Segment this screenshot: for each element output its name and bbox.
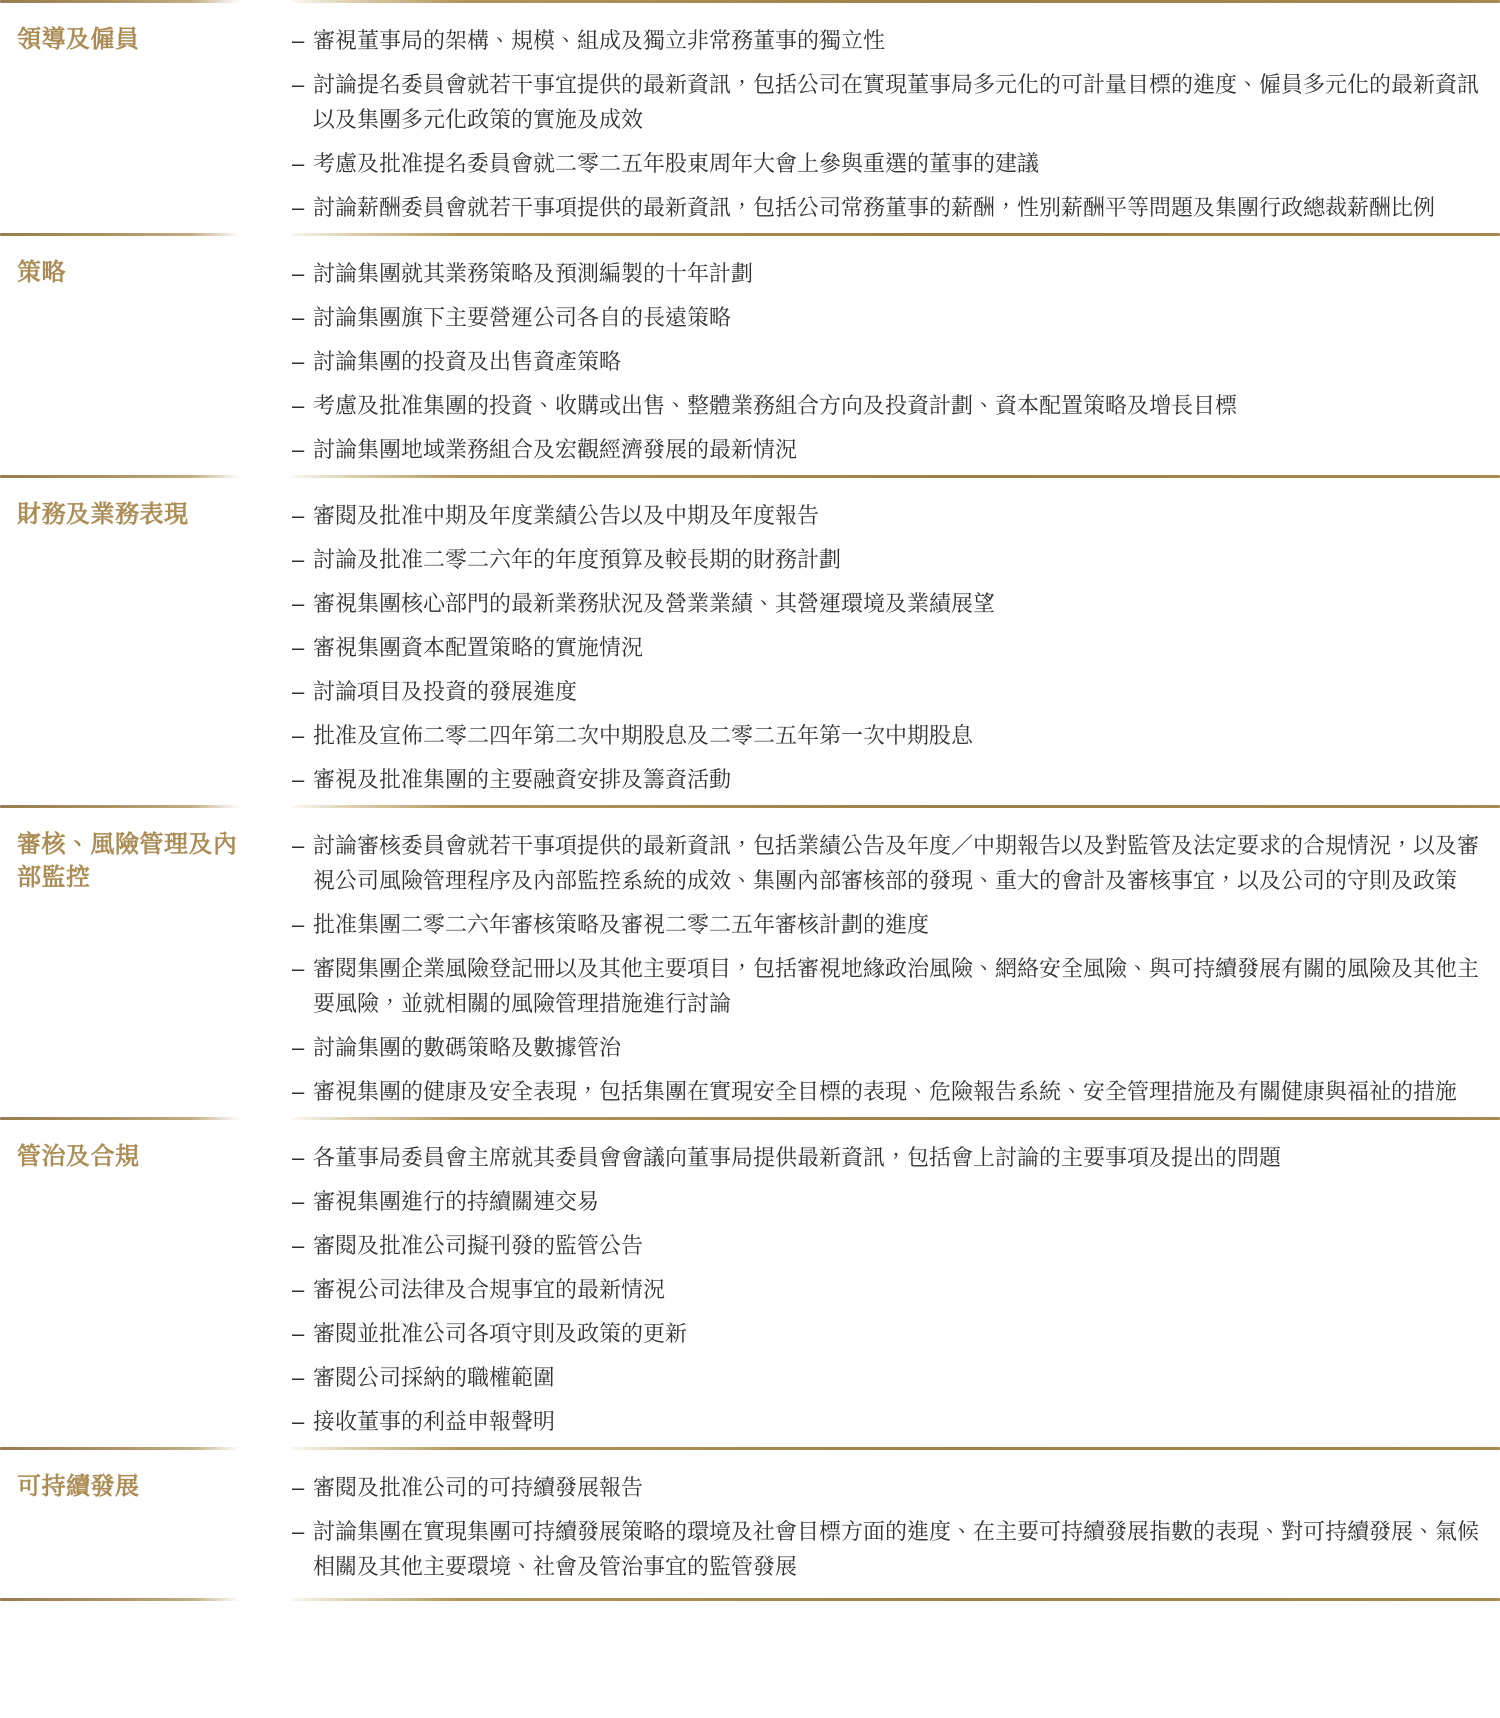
dash-bullet: – [292, 256, 304, 291]
dash-bullet: – [292, 23, 304, 58]
list-item: –討論集團的數碼策略及數據管治 [292, 1030, 1490, 1065]
section-title: 審核、風險管理及內部監控 [0, 808, 240, 894]
list-item: –各董事局委員會主席就其委員會會議向董事局提供最新資訊，包括會上討論的主要事項及… [292, 1140, 1490, 1175]
dash-bullet: – [292, 674, 304, 709]
section-title: 管治及合規 [0, 1120, 240, 1173]
section-items: –審閱及批准中期及年度業績公告以及中期及年度報告–討論及批准二零二六年的年度預算… [292, 478, 1500, 805]
dash-bullet: – [292, 907, 304, 942]
column-gap [240, 0, 292, 233]
list-item: –審視及批准集團的主要融資安排及籌資活動 [292, 762, 1490, 797]
dash-bullet: – [292, 498, 304, 533]
list-item: –批准集團二零二六年審核策略及審視二零二五年審核計劃的進度 [292, 907, 1490, 942]
dash-bullet: – [292, 1074, 304, 1109]
list-item: –討論審核委員會就若干事項提供的最新資訊，包括業績公告及年度／中期報告以及對監管… [292, 828, 1490, 898]
list-item: –審視集團的健康及安全表現，包括集團在實現安全目標的表現、危險報告系統、安全管理… [292, 1074, 1490, 1109]
dash-bullet: – [292, 718, 304, 753]
list-item: –批准及宣佈二零二四年第二次中期股息及二零二五年第一次中期股息 [292, 718, 1490, 753]
item-text: 討論薪酬委員會就若干事項提供的最新資訊，包括公司常務董事的薪酬，性別薪酬平等問題… [313, 195, 1435, 220]
section-header-cell: 策略 [0, 233, 240, 475]
item-text: 討論集團在實現集團可持續發展策略的環境及社會目標方面的進度、在主要可持續發展指數… [313, 1519, 1479, 1579]
item-text: 審視董事局的架構、規模、組成及獨立非常務董事的獨立性 [313, 28, 885, 53]
dash-bullet: – [292, 1316, 304, 1351]
dash-bullet: – [292, 1228, 304, 1263]
section-content-cell: –審閱及批准公司的可持續發展報告–討論集團在實現集團可持續發展策略的環境及社會目… [292, 1447, 1500, 1592]
dash-bullet: – [292, 1030, 304, 1065]
list-item: –審閱公司採納的職權範圍 [292, 1360, 1490, 1395]
section-content-cell: –審視董事局的架構、規模、組成及獨立非常務董事的獨立性–討論提名委員會就若干事宜… [292, 0, 1500, 233]
section-row: 可持續發展 –審閱及批准公司的可持續發展報告–討論集團在實現集團可持續發展策略的… [0, 1447, 1500, 1592]
item-text: 審視集團資本配置策略的實施情況 [313, 635, 643, 660]
column-gap [240, 475, 292, 805]
section-items: –討論審核委員會就若干事項提供的最新資訊，包括業績公告及年度／中期報告以及對監管… [292, 808, 1500, 1117]
item-text: 討論集團旗下主要營運公司各自的長遠策略 [313, 305, 731, 330]
divider-right-segment [292, 1598, 1500, 1601]
section-header-cell: 領導及僱員 [0, 0, 240, 233]
item-text: 批准及宣佈二零二四年第二次中期股息及二零二五年第一次中期股息 [313, 723, 973, 748]
list-item: –討論集團的投資及出售資產策略 [292, 344, 1490, 379]
item-text: 審視集團核心部門的最新業務狀況及營業業績、其營運環境及業績展望 [313, 591, 995, 616]
item-text: 討論集團地域業務組合及宏觀經濟發展的最新情況 [313, 437, 797, 462]
dash-bullet: – [292, 432, 304, 467]
list-item: –審視董事局的架構、規模、組成及獨立非常務董事的獨立性 [292, 23, 1490, 58]
section-row: 財務及業務表現 –審閱及批准中期及年度業績公告以及中期及年度報告–討論及批准二零… [0, 475, 1500, 805]
dash-bullet: – [292, 190, 304, 225]
item-text: 討論集團就其業務策略及預測編製的十年計劃 [313, 261, 753, 286]
section-content-cell: –討論審核委員會就若干事項提供的最新資訊，包括業績公告及年度／中期報告以及對監管… [292, 805, 1500, 1117]
item-text: 各董事局委員會主席就其委員會會議向董事局提供最新資訊，包括會上討論的主要事項及提… [313, 1145, 1281, 1170]
column-gap [240, 233, 292, 475]
column-gap [240, 1447, 292, 1592]
dash-bullet: – [292, 828, 304, 863]
section-header-cell: 財務及業務表現 [0, 475, 240, 805]
section-title: 可持續發展 [0, 1450, 240, 1503]
list-item: –審閱及批准公司擬刊發的監管公告 [292, 1228, 1490, 1263]
item-text: 審視公司法律及合規事宜的最新情況 [313, 1277, 665, 1302]
list-item: –接收董事的利益申報聲明 [292, 1404, 1490, 1439]
section-items: –審閱及批准公司的可持續發展報告–討論集團在實現集團可持續發展策略的環境及社會目… [292, 1450, 1500, 1592]
dash-bullet: – [292, 1140, 304, 1175]
list-item: –討論集團在實現集團可持續發展策略的環境及社會目標方面的進度、在主要可持續發展指… [292, 1514, 1490, 1584]
section-content-cell: –各董事局委員會主席就其委員會會議向董事局提供最新資訊，包括會上討論的主要事項及… [292, 1117, 1500, 1447]
dash-bullet: – [292, 542, 304, 577]
list-item: –討論集團就其業務策略及預測編製的十年計劃 [292, 256, 1490, 291]
report-table: 領導及僱員 –審視董事局的架構、規模、組成及獨立非常務董事的獨立性–討論提名委員… [0, 0, 1500, 1592]
list-item: –審視公司法律及合規事宜的最新情況 [292, 1272, 1490, 1307]
dash-bullet: – [292, 951, 304, 986]
dash-bullet: – [292, 762, 304, 797]
list-item: –考慮及批准集團的投資、收購或出售、整體業務組合方向及投資計劃、資本配置策略及增… [292, 388, 1490, 423]
item-text: 審閱及批准公司擬刊發的監管公告 [313, 1233, 643, 1258]
section-content-cell: –審閱及批准中期及年度業績公告以及中期及年度報告–討論及批准二零二六年的年度預算… [292, 475, 1500, 805]
bottom-divider [0, 1592, 1500, 1601]
list-item: –審閱及批准中期及年度業績公告以及中期及年度報告 [292, 498, 1490, 533]
item-text: 接收董事的利益申報聲明 [313, 1409, 555, 1434]
dash-bullet: – [292, 1360, 304, 1395]
section-items: –各董事局委員會主席就其委員會會議向董事局提供最新資訊，包括會上討論的主要事項及… [292, 1120, 1500, 1447]
dash-bullet: – [292, 586, 304, 621]
item-text: 討論項目及投資的發展進度 [313, 679, 577, 704]
item-text: 討論提名委員會就若干事宜提供的最新資訊，包括公司在實現董事局多元化的可計量目標的… [313, 72, 1479, 132]
item-text: 討論及批准二零二六年的年度預算及較長期的財務計劃 [313, 547, 841, 572]
section-row: 策略 –討論集團就其業務策略及預測編製的十年計劃–討論集團旗下主要營運公司各自的… [0, 233, 1500, 475]
list-item: –討論薪酬委員會就若干事項提供的最新資訊，包括公司常務董事的薪酬，性別薪酬平等問… [292, 190, 1490, 225]
list-item: –討論提名委員會就若干事宜提供的最新資訊，包括公司在實現董事局多元化的可計量目標… [292, 67, 1490, 137]
item-text: 討論集團的數碼策略及數據管治 [313, 1035, 621, 1060]
dash-bullet: – [292, 67, 304, 102]
list-item: –審視集團進行的持續關連交易 [292, 1184, 1490, 1219]
list-item: –考慮及批准提名委員會就二零二五年股東周年大會上參與重選的董事的建議 [292, 146, 1490, 181]
list-item: –審閱集團企業風險登記冊以及其他主要項目，包括審視地緣政治風險、網絡安全風險、與… [292, 951, 1490, 1021]
item-text: 考慮及批准集團的投資、收購或出售、整體業務組合方向及投資計劃、資本配置策略及增長… [313, 393, 1237, 418]
list-item: –審視集團核心部門的最新業務狀況及營業業績、其營運環境及業績展望 [292, 586, 1490, 621]
section-title: 領導及僱員 [0, 3, 240, 56]
list-item: –討論集團地域業務組合及宏觀經濟發展的最新情況 [292, 432, 1490, 467]
section-row: 審核、風險管理及內部監控 –討論審核委員會就若干事項提供的最新資訊，包括業績公告… [0, 805, 1500, 1117]
item-text: 考慮及批准提名委員會就二零二五年股東周年大會上參與重選的董事的建議 [313, 151, 1039, 176]
section-row: 管治及合規 –各董事局委員會主席就其委員會會議向董事局提供最新資訊，包括會上討論… [0, 1117, 1500, 1447]
item-text: 審閱集團企業風險登記冊以及其他主要項目，包括審視地緣政治風險、網絡安全風險、與可… [313, 956, 1479, 1016]
item-text: 審閱並批准公司各項守則及政策的更新 [313, 1321, 687, 1346]
item-text: 審閱及批准中期及年度業績公告以及中期及年度報告 [313, 503, 819, 528]
section-header-cell: 審核、風險管理及內部監控 [0, 805, 240, 1117]
item-text: 批准集團二零二六年審核策略及審視二零二五年審核計劃的進度 [313, 912, 929, 937]
dash-bullet: – [292, 1272, 304, 1307]
item-text: 審視集團進行的持續關連交易 [313, 1189, 599, 1214]
list-item: –審視集團資本配置策略的實施情況 [292, 630, 1490, 665]
dash-bullet: – [292, 300, 304, 335]
dash-bullet: – [292, 1184, 304, 1219]
dash-bullet: – [292, 344, 304, 379]
dash-bullet: – [292, 146, 304, 181]
column-gap [240, 1117, 292, 1447]
item-text: 審視及批准集團的主要融資安排及籌資活動 [313, 767, 731, 792]
item-text: 審視集團的健康及安全表現，包括集團在實現安全目標的表現、危險報告系統、安全管理措… [313, 1079, 1457, 1104]
item-text: 討論集團的投資及出售資產策略 [313, 349, 621, 374]
list-item: –審閱及批准公司的可持續發展報告 [292, 1470, 1490, 1505]
section-items: –審視董事局的架構、規模、組成及獨立非常務董事的獨立性–討論提名委員會就若干事宜… [292, 3, 1500, 233]
section-row: 領導及僱員 –審視董事局的架構、規模、組成及獨立非常務董事的獨立性–討論提名委員… [0, 0, 1500, 233]
item-text: 審閱及批准公司的可持續發展報告 [313, 1475, 643, 1500]
dash-bullet: – [292, 1404, 304, 1439]
dash-bullet: – [292, 630, 304, 665]
list-item: –審閱並批准公司各項守則及政策的更新 [292, 1316, 1490, 1351]
section-content-cell: –討論集團就其業務策略及預測編製的十年計劃–討論集團旗下主要營運公司各自的長遠策… [292, 233, 1500, 475]
dash-bullet: – [292, 1470, 304, 1505]
section-title: 財務及業務表現 [0, 478, 240, 531]
divider-left-segment [0, 1598, 240, 1601]
section-header-cell: 管治及合規 [0, 1117, 240, 1447]
section-header-cell: 可持續發展 [0, 1447, 240, 1592]
section-title: 策略 [0, 236, 240, 289]
dash-bullet: – [292, 1514, 304, 1549]
list-item: –討論及批准二零二六年的年度預算及較長期的財務計劃 [292, 542, 1490, 577]
column-gap [240, 805, 292, 1117]
item-text: 討論審核委員會就若干事項提供的最新資訊，包括業績公告及年度／中期報告以及對監管及… [313, 833, 1479, 893]
dash-bullet: – [292, 388, 304, 423]
section-items: –討論集團就其業務策略及預測編製的十年計劃–討論集團旗下主要營運公司各自的長遠策… [292, 236, 1500, 475]
list-item: –討論項目及投資的發展進度 [292, 674, 1490, 709]
item-text: 審閱公司採納的職權範圍 [313, 1365, 555, 1390]
list-item: –討論集團旗下主要營運公司各自的長遠策略 [292, 300, 1490, 335]
